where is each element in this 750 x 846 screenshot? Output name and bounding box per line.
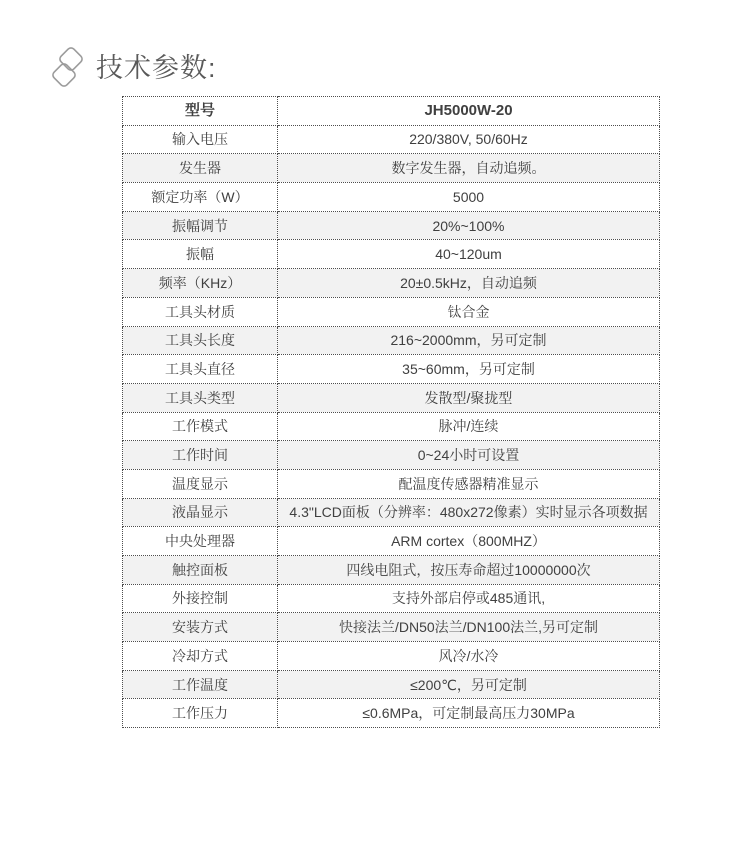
table-row: 工具头类型发散型/聚拢型 (123, 383, 660, 412)
param-value-cell: 配温度传感器精准显示 (278, 469, 660, 498)
param-label-cell: 温度显示 (123, 469, 278, 498)
param-value-cell: 40~120um (278, 240, 660, 269)
param-label-cell: 工作时间 (123, 441, 278, 470)
table-row: 冷却方式风冷/水冷 (123, 642, 660, 671)
param-value-cell: 4.3"LCD面板（分辨率：480x272像素）实时显示各项数据 (278, 498, 660, 527)
param-value-cell: ≤200℃，另可定制 (278, 670, 660, 699)
model-label-cell: 型号 (123, 97, 278, 126)
param-value-cell: 220/380V, 50/60Hz (278, 125, 660, 154)
table-row: 工作时间0~24小时可设置 (123, 441, 660, 470)
param-label-cell: 安装方式 (123, 613, 278, 642)
param-value-cell: 发散型/聚拢型 (278, 383, 660, 412)
table-row: 液晶显示4.3"LCD面板（分辨率：480x272像素）实时显示各项数据 (123, 498, 660, 527)
param-value-cell: 脉冲/连续 (278, 412, 660, 441)
table-row: 中央处理器ARM cortex（800MHZ） (123, 527, 660, 556)
param-label-cell: 额定功率（W） (123, 183, 278, 212)
param-value-cell: 快接法兰/DN50法兰/DN100法兰,另可定制 (278, 613, 660, 642)
table-row: 工具头直径35~60mm，另可定制 (123, 355, 660, 384)
param-label-cell: 液晶显示 (123, 498, 278, 527)
param-label-cell: 工具头类型 (123, 383, 278, 412)
param-label-cell: 振幅调节 (123, 211, 278, 240)
param-value-cell: 数字发生器，自动追频。 (278, 154, 660, 183)
param-label-cell: 工作压力 (123, 699, 278, 728)
param-value-cell: 0~24小时可设置 (278, 441, 660, 470)
table-row: 振幅40~120um (123, 240, 660, 269)
model-value-cell: JH5000W-20 (278, 97, 660, 126)
table-row: 频率（KHz）20±0.5kHz，自动追频 (123, 269, 660, 298)
param-label-cell: 发生器 (123, 154, 278, 183)
table-row: 工具头材质钛合金 (123, 297, 660, 326)
param-value-cell: 20%~100% (278, 211, 660, 240)
param-label-cell: 外接控制 (123, 584, 278, 613)
table-row: 工作温度≤200℃，另可定制 (123, 670, 660, 699)
param-value-cell: 支持外部启停或485通讯, (278, 584, 660, 613)
param-label-cell: 频率（KHz） (123, 269, 278, 298)
section-title-text: 技术参数: (96, 44, 217, 92)
param-label-cell: 工作模式 (123, 412, 278, 441)
param-label-cell: 振幅 (123, 240, 278, 269)
param-label-cell: 工具头材质 (123, 297, 278, 326)
param-label-cell: 输入电压 (123, 125, 278, 154)
param-value-cell: ≤0.6MPa，可定制最高压力30MPa (278, 699, 660, 728)
table-row: 触控面板四线电阻式，按压寿命超过10000000次 (123, 556, 660, 585)
param-value-cell: ARM cortex（800MHZ） (278, 527, 660, 556)
param-label-cell: 中央处理器 (123, 527, 278, 556)
section-title: 技术参数: (48, 44, 217, 92)
table-row: 温度显示配温度传感器精准显示 (123, 469, 660, 498)
table-row: 振幅调节20%~100% (123, 211, 660, 240)
param-label-cell: 冷却方式 (123, 642, 278, 671)
param-value-cell: 钛合金 (278, 297, 660, 326)
param-value-cell: 216~2000mm，另可定制 (278, 326, 660, 355)
param-value-cell: 四线电阻式，按压寿命超过10000000次 (278, 556, 660, 585)
table-row: 工具头长度216~2000mm，另可定制 (123, 326, 660, 355)
table-row: 工作模式脉冲/连续 (123, 412, 660, 441)
table-row: 外接控制支持外部启停或485通讯, (123, 584, 660, 613)
spec-table: 型号 JH5000W-20 输入电压220/380V, 50/60Hz发生器数字… (122, 96, 660, 728)
table-row: 输入电压220/380V, 50/60Hz (123, 125, 660, 154)
param-label-cell: 触控面板 (123, 556, 278, 585)
param-value-cell: 20±0.5kHz，自动追频 (278, 269, 660, 298)
param-label-cell: 工作温度 (123, 670, 278, 699)
table-header-row: 型号 JH5000W-20 (123, 97, 660, 126)
param-value-cell: 5000 (278, 183, 660, 212)
table-row: 额定功率（W）5000 (123, 183, 660, 212)
param-label-cell: 工具头直径 (123, 355, 278, 384)
param-label-cell: 工具头长度 (123, 326, 278, 355)
table-row: 工作压力≤0.6MPa，可定制最高压力30MPa (123, 699, 660, 728)
table-row: 发生器数字发生器，自动追频。 (123, 154, 660, 183)
double-diamond-icon (48, 44, 88, 92)
param-value-cell: 35~60mm，另可定制 (278, 355, 660, 384)
param-value-cell: 风冷/水冷 (278, 642, 660, 671)
spec-table-body: 输入电压220/380V, 50/60Hz发生器数字发生器，自动追频。额定功率（… (123, 125, 660, 727)
table-row: 安装方式快接法兰/DN50法兰/DN100法兰,另可定制 (123, 613, 660, 642)
